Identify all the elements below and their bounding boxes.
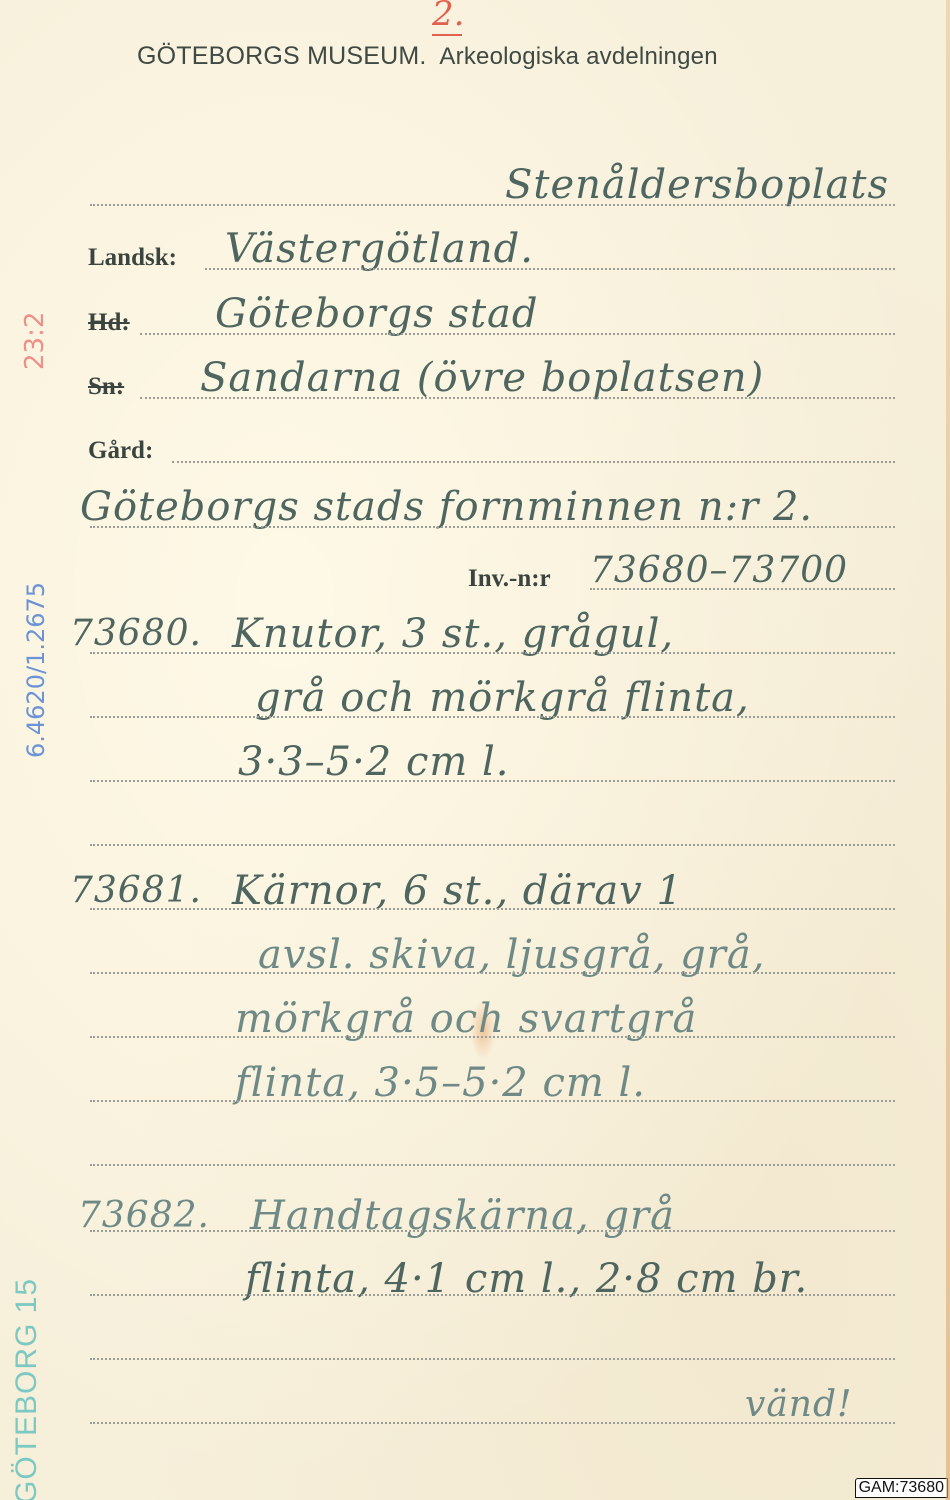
location-stamp: GÖTEBORG 15 [10, 1278, 44, 1500]
dotted-rule [90, 1164, 895, 1166]
dotted-rule [90, 204, 895, 206]
entry-line: Handtagskärna, grå [250, 1193, 675, 1239]
inventory-range: 73680–73700 [590, 550, 848, 591]
monument-label: Göteborgs stads fornminnen n:r [80, 484, 759, 530]
dotted-rule [590, 588, 895, 590]
field-label-gard: Gård: [88, 437, 153, 465]
dotted-rule [90, 526, 895, 528]
entry-line: 3·3–5·2 cm l. [238, 739, 510, 785]
dotted-rule [90, 844, 895, 846]
field-label-landsk: Landsk: [88, 244, 177, 272]
dotted-rule [205, 268, 895, 270]
field-value-landsk: Västergötland. [225, 226, 534, 272]
dotted-rule [140, 333, 895, 335]
catalog-card: 2. GÖTEBORGS MUSEUM. Arkeologiska avdeln… [0, 0, 950, 1500]
margin-note-red: 23:2 [20, 312, 50, 370]
dotted-rule [90, 908, 895, 910]
dotted-rule [90, 1230, 895, 1232]
field-label-hd: Hd: [88, 309, 130, 337]
dotted-rule [90, 1358, 895, 1360]
field-value-sn: Sandarna (övre boplatsen) [200, 355, 764, 401]
category-value: Stenåldersboplats [505, 162, 889, 208]
entry-number: 73680. [70, 613, 202, 654]
dotted-rule [90, 1294, 895, 1296]
entry-line: grå och mörkgrå flinta, [255, 675, 750, 721]
entry-number: 73681. [70, 870, 202, 911]
entry-line: Knutor, 3 st., grågul, [232, 611, 674, 657]
dotted-rule [90, 1100, 895, 1102]
card-header: GÖTEBORGS MUSEUM. Arkeologiska avdelning… [137, 42, 718, 71]
dotted-rule [172, 461, 895, 463]
page-number-underline [432, 34, 462, 36]
page-number: 2. [432, 0, 464, 34]
field-label-sn: Sn: [88, 373, 124, 401]
dotted-rule [90, 652, 895, 654]
dotted-rule [90, 1036, 895, 1038]
field-value-hd: Göteborgs stad [215, 291, 539, 337]
catalog-id-label: GAM:73680 [855, 1478, 948, 1498]
monument-text: Göteborgs stads fornminnen n:r 2. [80, 484, 813, 530]
dotted-rule [90, 972, 895, 974]
dotted-rule [90, 716, 895, 718]
dotted-rule [90, 1422, 895, 1424]
dotted-rule [90, 780, 895, 782]
margin-note-blue: 6.4620/1.2675 [22, 582, 50, 758]
monument-number: 2. [773, 484, 813, 530]
inventory-label: Inv.-n:r [468, 565, 551, 593]
turn-over-note: vänd! [745, 1384, 853, 1425]
department-name: Arkeologiska avdelningen [439, 43, 717, 70]
museum-name: GÖTEBORGS MUSEUM. [137, 42, 427, 70]
dotted-rule [140, 397, 895, 399]
